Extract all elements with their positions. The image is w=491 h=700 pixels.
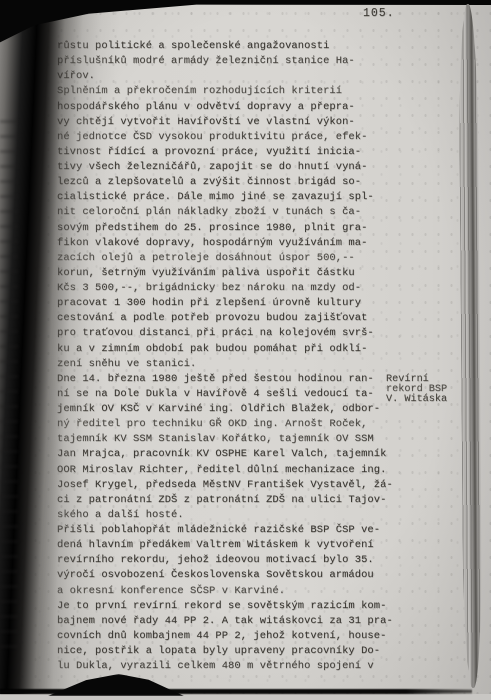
- text-line: lezců a zlepšovatelů a zvýšit činnost br…: [57, 175, 407, 190]
- page-number: 105.: [363, 7, 395, 20]
- text-line: nit celoroční plán nákladky zboží v tuná…: [57, 205, 407, 220]
- text-line: ci z patronátní ZDŠ z patronátní ZDŠ na …: [57, 493, 407, 508]
- text-line: zení sněhu ve stanici.: [57, 357, 407, 372]
- text-line: Jan Mrajca, pracovník KV OSPHE Karel Val…: [57, 447, 407, 462]
- text-line: Kčs 3 500,--, brigádnicky bez nároku na …: [57, 281, 407, 296]
- text-line: Je to první revírní rekord se sovětským …: [57, 599, 407, 614]
- text-line: tajemník KV SSM Stanislav Kořátko, tajem…: [57, 432, 407, 447]
- text-line: lu Dukla, vyrazili celkem 480 m větrného…: [57, 659, 407, 674]
- typewritten-body: růstu politické a společenské angažovano…: [57, 39, 407, 674]
- text-line: bajnem nové řady 44 PP 2. A tak witáskov…: [57, 614, 407, 629]
- text-line: zacích olejů a petroleje dosáhnout úspor…: [57, 251, 407, 266]
- text-line: fikon vlakové dopravy, hospodárným využí…: [57, 236, 407, 251]
- text-line: OOR Miroslav Richter, ředitel důlní mech…: [57, 463, 407, 478]
- text-line: tivy všech železničářů, zapojit se do hn…: [57, 160, 407, 175]
- text-line: ku a v zimním období pak budou pomáhat p…: [57, 342, 407, 357]
- text-line: dená hlavním předákem Valtrem Witáskem k…: [57, 538, 407, 553]
- text-line: Josef Krygel, předseda MěstNV František …: [57, 478, 407, 493]
- text-line: pro traťovou distanci při práci na kolej…: [57, 326, 407, 341]
- text-line: vy chtějí vytvořit Havířovští ve vlastní…: [57, 115, 407, 130]
- text-line: sovým předstihem do 25. prosince 1980, p…: [57, 221, 407, 236]
- text-line: covních dnů kombajnem 44 PP 2, jehož kot…: [57, 629, 407, 644]
- text-line: a okresní konference SČSP v Karviné.: [57, 584, 407, 599]
- text-line: revírního rekordu, jehož ideovou motivac…: [57, 553, 407, 568]
- text-line: jemník OV KSČ v Karviné ing. Oldřich Bla…: [57, 402, 407, 417]
- text-line: Splněním a překročením rozhodujících kri…: [57, 84, 407, 99]
- scanned-book-photo: 105. růstu politické a společenské angaž…: [0, 0, 491, 700]
- text-line: cestování a podle potřeb provozu budou z…: [57, 311, 407, 326]
- text-line: růstu politické a společenské angažovano…: [57, 39, 407, 54]
- text-line: tivnost řídící a provozní práce, využití…: [57, 145, 407, 160]
- text-line: pracovat 1 300 hodin při zlepšení úrovně…: [57, 296, 407, 311]
- text-line: ný ředitel pro techniku GŘ OKD ing. Arno…: [57, 417, 407, 432]
- text-line: né jednotce ČSD vysokou produktivitu prá…: [57, 130, 407, 145]
- text-line: Dne 14. března 1980 ještě před šestou ho…: [57, 372, 407, 387]
- text-line: cialistické práce. Dále mimo jiné se zav…: [57, 190, 407, 205]
- text-line: Přišli poblahopřát mládežnické razičské …: [57, 523, 407, 538]
- text-line: ní se na Dole Dukla v Havířově 4 sešli v…: [57, 387, 407, 402]
- text-line: korun, šetrným využíváním paliva uspořit…: [57, 266, 407, 281]
- text-line: vířov.: [57, 69, 407, 84]
- text-line: ského a další hosté.: [57, 508, 407, 523]
- text-line: příslušníků modré armády železniční stan…: [57, 54, 407, 69]
- text-line: výročí osvobození Československa Sovětsk…: [57, 568, 407, 583]
- text-line: hospodářského plánu v odvětví dopravy a …: [57, 100, 407, 115]
- text-line: nice, postřik a lopata byly upraveny pra…: [57, 644, 407, 659]
